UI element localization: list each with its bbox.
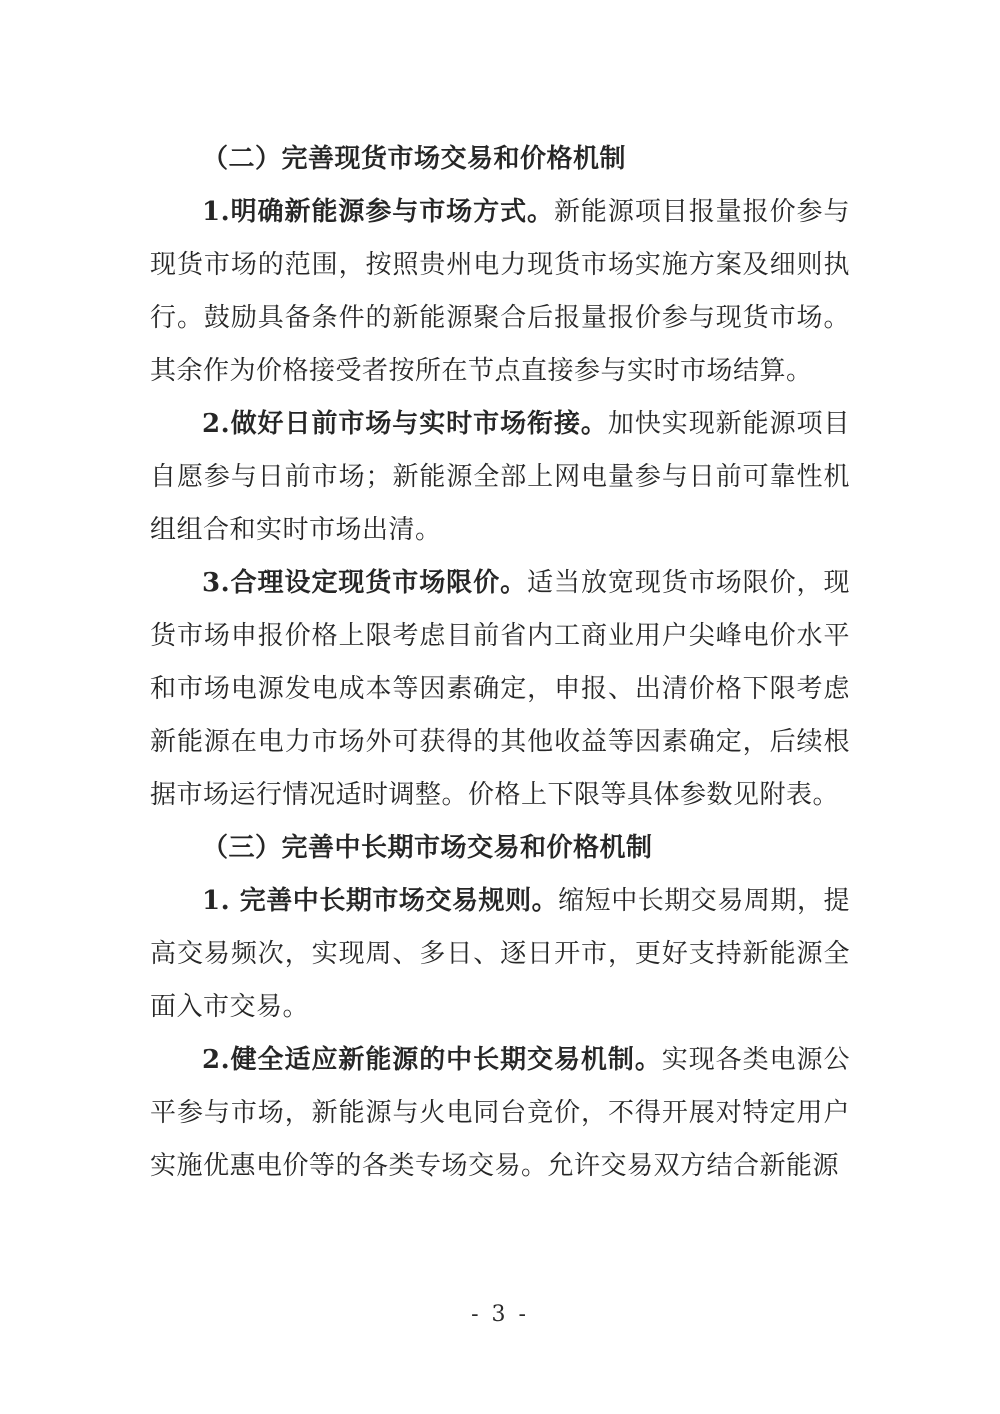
section-heading-mid-long-term-market: （三）完善中长期市场交易和价格机制 xyxy=(150,822,850,875)
paragraph-mlt-2: 2.健全适应新能源的中长期交易机制。实现各类电源公平参与市场，新能源与火电同台竞… xyxy=(150,1034,850,1193)
paragraph-lead: 2.健全适应新能源的中长期交易机制。 xyxy=(202,1045,662,1075)
paragraph-spot-3: 3.合理设定现货市场限价。适当放宽现货市场限价，现货市场申报价格上限考虑目前省内… xyxy=(150,557,850,822)
document-page: （二）完善现货市场交易和价格机制 1.明确新能源参与市场方式。新能源项目报量报价… xyxy=(0,0,1000,1414)
paragraph-lead: 1. 完善中长期市场交易规则。 xyxy=(202,886,558,916)
page-footer: - 3 - xyxy=(0,1295,1000,1335)
paragraph-spot-1: 1.明确新能源参与市场方式。新能源项目报量报价参与现货市场的范围，按照贵州电力现… xyxy=(150,186,850,398)
paragraph-body: 适当放宽现货市场限价，现货市场申报价格上限考虑目前省内工商业用户尖峰电价水平和市… xyxy=(150,568,850,810)
paragraph-lead: 1.明确新能源参与市场方式。 xyxy=(202,197,554,227)
paragraph-lead: 3.合理设定现货市场限价。 xyxy=(202,568,527,598)
paragraph-mlt-1: 1. 完善中长期市场交易规则。缩短中长期交易周期，提高交易频次，实现周、多日、逐… xyxy=(150,875,850,1034)
document-body: （二）完善现货市场交易和价格机制 1.明确新能源参与市场方式。新能源项目报量报价… xyxy=(150,133,850,1193)
paragraph-lead: 2.做好日前市场与实时市场衔接。 xyxy=(202,409,608,439)
paragraph-spot-2: 2.做好日前市场与实时市场衔接。加快实现新能源项目自愿参与日前市场；新能源全部上… xyxy=(150,398,850,557)
section-heading-spot-market: （二）完善现货市场交易和价格机制 xyxy=(150,133,850,186)
page-number: - 3 - xyxy=(471,1302,529,1327)
